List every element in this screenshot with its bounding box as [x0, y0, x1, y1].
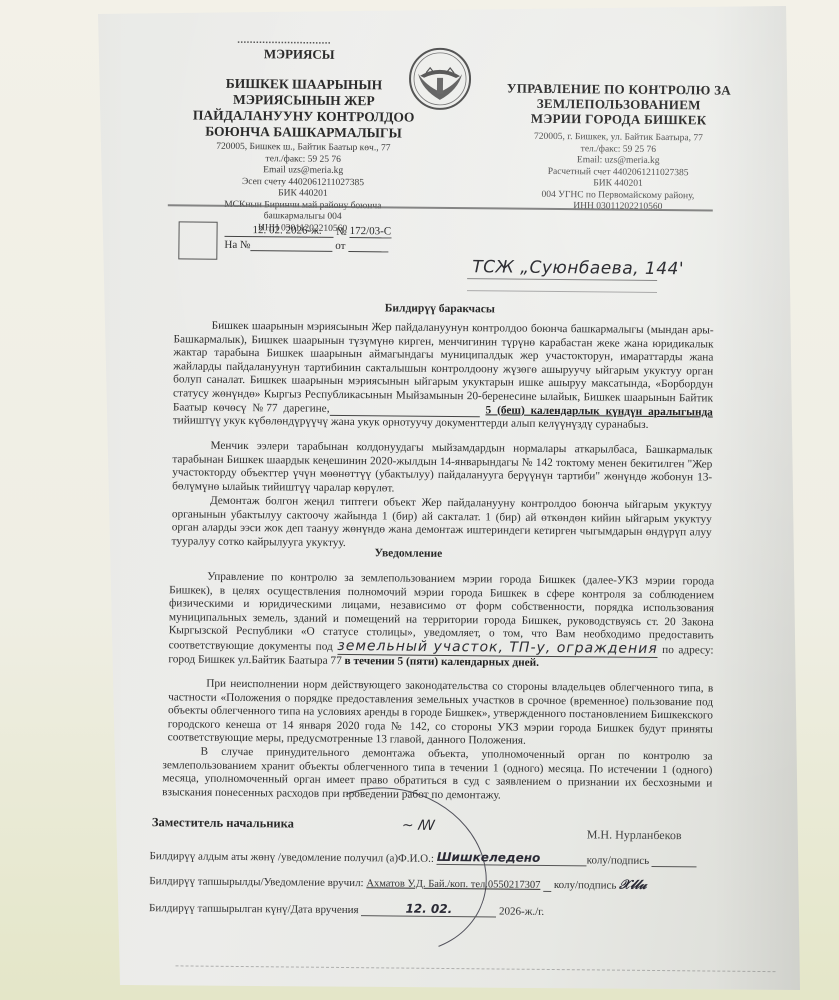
russian-paragraph-2: При неисполнении норм действующего закон…	[168, 677, 714, 750]
header-right: УПРАВЛЕНИЕ ПО КОНТРОЛЮ ЗА ЗЕМЛЕПОЛЬЗОВАН…	[498, 80, 739, 214]
blank	[348, 239, 388, 252]
paragraph-text: Менчик ээлери тарабынан колдонуудагы мый…	[172, 440, 712, 495]
bottom-faint-line	[176, 965, 776, 972]
addressee-line	[467, 290, 657, 293]
signature-scribble-icon: ~ ꟿ	[402, 818, 435, 834]
recipient-name-handwritten: Шишкеледено	[437, 850, 541, 865]
blank	[543, 891, 551, 892]
kyrgyz-section-title: Билдирүү баракчасы	[385, 302, 495, 315]
reference-from-label: от	[335, 240, 345, 252]
city-emblem-icon	[404, 46, 477, 113]
russian-paragraph-1: Управление по контролю за землепользован…	[168, 570, 714, 671]
reference-label: На №	[224, 239, 250, 251]
address-line: 720005, г. Бишкек, ул. Байтик Баатыра, 7…	[498, 131, 738, 145]
registration-line: 12. 02. 2026-ж. № 172/03-С	[225, 224, 392, 239]
russian-section-title: Уведомление	[374, 547, 442, 560]
signature-label: колу/подпись	[587, 854, 650, 867]
receipt-date-row: Билдирүү тапшырылган күнү/Дата вручения …	[149, 899, 544, 918]
receipt-label: Билдирүү тапшырылды/Уведомление вручил:	[149, 875, 363, 889]
deadline-bold: в течении 5 (пяти) календарных дней.	[345, 655, 540, 669]
document: ▪▪▪▪▪▪▪▪▪▪▪▪▪▪▪▪▪▪▪▪▪▪▪▪▪▪▪▪▪▪ МЭРИЯСЫ Б…	[0, 0, 839, 1000]
receipt-received-row: Билдирүү алдым аты жөнү /уведомление пол…	[150, 847, 698, 867]
signature-blank	[652, 866, 697, 867]
signatory-title: Заместитель начальника	[152, 815, 294, 831]
registration-stamp-box	[178, 221, 217, 259]
blank: 12. 02.	[361, 901, 496, 917]
addressee-handwritten: ТСЖ „Суюнбаева, 144'	[472, 257, 684, 279]
registration-date: 12. 02. 2026-ж.	[253, 224, 322, 238]
header-right-org: УПРАВЛЕНИЕ ПО КОНТРОЛЮ ЗА ЗЕМЛЕПОЛЬЗОВАН…	[499, 80, 739, 127]
kyrgyz-paragraph-2: Менчик ээлери тарабынан колдонуудагы мый…	[172, 439, 712, 499]
blank	[250, 238, 332, 252]
registration-number: 172/03-С	[350, 225, 392, 238]
org-line: БОЮНЧА БАШКАРМАЛЫГЫ	[153, 123, 453, 142]
reference-line: На № от	[224, 238, 388, 253]
russian-paragraph-3: В случае принудительного демонтажа объек…	[162, 745, 712, 805]
paragraph-text: Демонтаж болгон жеңил типтеги объект Жер…	[172, 495, 712, 549]
receipt-label: Билдирүү алдым аты жөнү /уведомление пол…	[150, 850, 435, 865]
year-suffix: 2026-ж./г.	[499, 905, 544, 917]
org-line: МЭРИИ ГОРОДА БИШКЕК	[499, 110, 739, 127]
kyrgyz-paragraph-3: Демонтаж болгон жеңил типтеги объект Жер…	[172, 494, 712, 554]
receipt-delivered-row: Билдирүү тапшырылды/Уведомление вручил: …	[149, 873, 646, 893]
signature-label: колу/подпись	[554, 879, 617, 892]
deliverer-signature-icon: 𝒳𝓁𝓁𝓊	[619, 878, 646, 893]
deadline-bold: 5 (беш) календарлык күндүн аралыгында	[485, 404, 712, 418]
delivery-date-handwritten: 12. 02.	[405, 902, 452, 916]
blank	[322, 225, 334, 238]
kyrgyz-paragraph-1: Бишкек шаарынын мэриясынын Жер пайдалану…	[173, 319, 714, 433]
header-right-address: 720005, г. Бишкек, ул. Байтик Баатыра, 7…	[498, 131, 739, 214]
paragraph-text: При неисполнении норм действующего закон…	[168, 678, 714, 747]
signatory-name: М.Н. Нурланбеков	[587, 827, 682, 843]
delivered-by: Ахматов У.Д. Бай./коп. тел.0550217307	[366, 878, 540, 891]
blank: Шишкеледено	[437, 850, 587, 866]
receipt-label: Билдирүү тапшырылган күнү/Дата вручения	[149, 902, 359, 916]
paragraph-text: В случае принудительного демонтажа объек…	[162, 746, 712, 802]
blank	[225, 224, 253, 237]
paragraph-text: Бишкек шаарынын мэриясынын Жер пайдалану…	[173, 320, 714, 415]
registration-number-label: №	[336, 226, 347, 238]
org-line: УПРАВЛЕНИЕ ПО КОНТРОЛЮ ЗА	[499, 80, 739, 97]
